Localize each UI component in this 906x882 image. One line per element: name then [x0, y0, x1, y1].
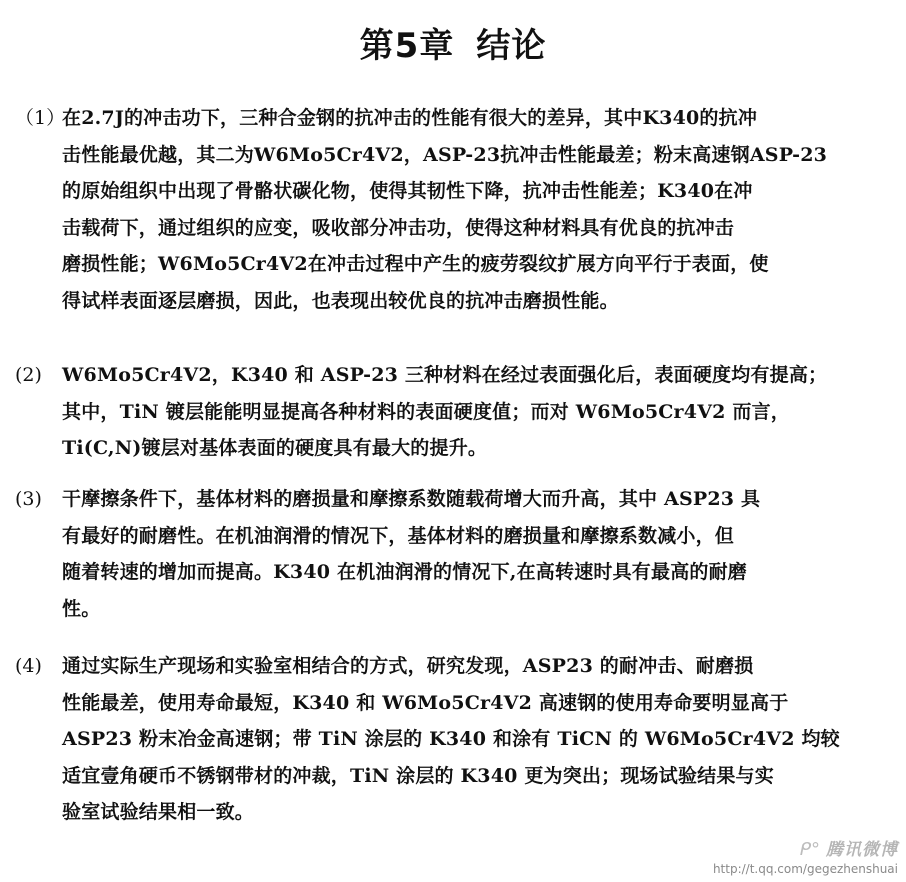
text-line: 干摩擦条件下，基体材料的磨损量和摩擦系数随载荷增大而升高，其中 ASP23 具 — [62, 481, 875, 518]
text-line: ASP23 粉末冶金高速钢；带 TiN 涂层的 K340 和涂有 TiCN 的 … — [62, 721, 875, 758]
text-line: 验室试验结果相一致。 — [62, 794, 875, 831]
item-label: (2) — [15, 357, 63, 394]
text-line: 击载荷下，通过组织的应变，吸收部分冲击功，使得这种材料具有优良的抗冲击 — [62, 210, 875, 247]
item-label: （1） — [15, 100, 63, 137]
text-line: 适宜壹角硬币不锈钢带材的冲裁，TiN 涂层的 K340 更为突出；现场试验结果与… — [62, 758, 875, 795]
chapter-title: 第5章结论 — [0, 18, 906, 67]
watermark-url: http://t.qq.com/gegezhenshuai — [713, 862, 898, 876]
text-line: W6Mo5Cr4V2，K340 和 ASP-23 三种材料在经过表面强化后，表面… — [62, 357, 875, 394]
text-line: 性能最差，使用寿命最短，K340 和 W6Mo5Cr4V2 高速钢的使用寿命要明… — [62, 685, 875, 722]
chapter-number: 第5章 — [360, 26, 455, 66]
text-line: 通过实际生产现场和实验室相结合的方式，研究发现，ASP23 的耐冲击、耐磨损 — [62, 648, 875, 685]
tencent-weibo-icon: ᑭ° — [800, 839, 820, 860]
item-label: (3) — [15, 481, 63, 518]
text-line: 性。 — [62, 591, 875, 628]
text-line: Ti(C,N)镀层对基体表面的硬度具有最大的提升。 — [62, 430, 875, 467]
chapter-name: 结论 — [476, 26, 546, 66]
text-line: 的原始组织中出现了骨骼状碳化物，使得其韧性下降，抗冲击性能差；K340在冲 — [62, 173, 875, 210]
watermark-brand: 腾讯微博 — [826, 840, 898, 860]
text-line: 磨损性能；W6Mo5Cr4V2在冲击过程中产生的疲劳裂纹扩展方向平行于表面，使 — [62, 246, 875, 283]
conclusion-item-1: （1） 在2.7J的冲击功下，三种合金钢的抗冲击的性能有很大的差异，其中K340… — [15, 100, 875, 319]
conclusion-item-2: (2) W6Mo5Cr4V2，K340 和 ASP-23 三种材料在经过表面强化… — [15, 357, 875, 467]
conclusion-item-3: (3) 干摩擦条件下，基体材料的磨损量和摩擦系数随载荷增大而升高，其中 ASP2… — [15, 481, 875, 627]
item-label: (4) — [15, 648, 63, 685]
watermark: ᑭ°腾讯微博 http://t.qq.com/gegezhenshuai — [713, 835, 898, 876]
text-line: 其中，TiN 镀层能能明显提高各种材料的表面硬度值；而对 W6Mo5Cr4V2 … — [62, 394, 875, 431]
text-line: 随着转速的增加而提高。K340 在机油润滑的情况下,在高转速时具有最高的耐磨 — [62, 554, 875, 591]
text-line: 在2.7J的冲击功下，三种合金钢的抗冲击的性能有很大的差异，其中K340的抗冲 — [62, 100, 875, 137]
text-line: 得试样表面逐层磨损，因此，也表现出较优良的抗冲击磨损性能。 — [62, 283, 875, 320]
text-line: 击性能最优越，其二为W6Mo5Cr4V2，ASP-23抗冲击性能最差；粉末高速钢… — [62, 137, 875, 174]
text-line: 有最好的耐磨性。在机油润滑的情况下，基体材料的磨损量和摩擦系数减小，但 — [62, 518, 875, 555]
conclusion-item-4: (4) 通过实际生产现场和实验室相结合的方式，研究发现，ASP23 的耐冲击、耐… — [15, 648, 875, 831]
